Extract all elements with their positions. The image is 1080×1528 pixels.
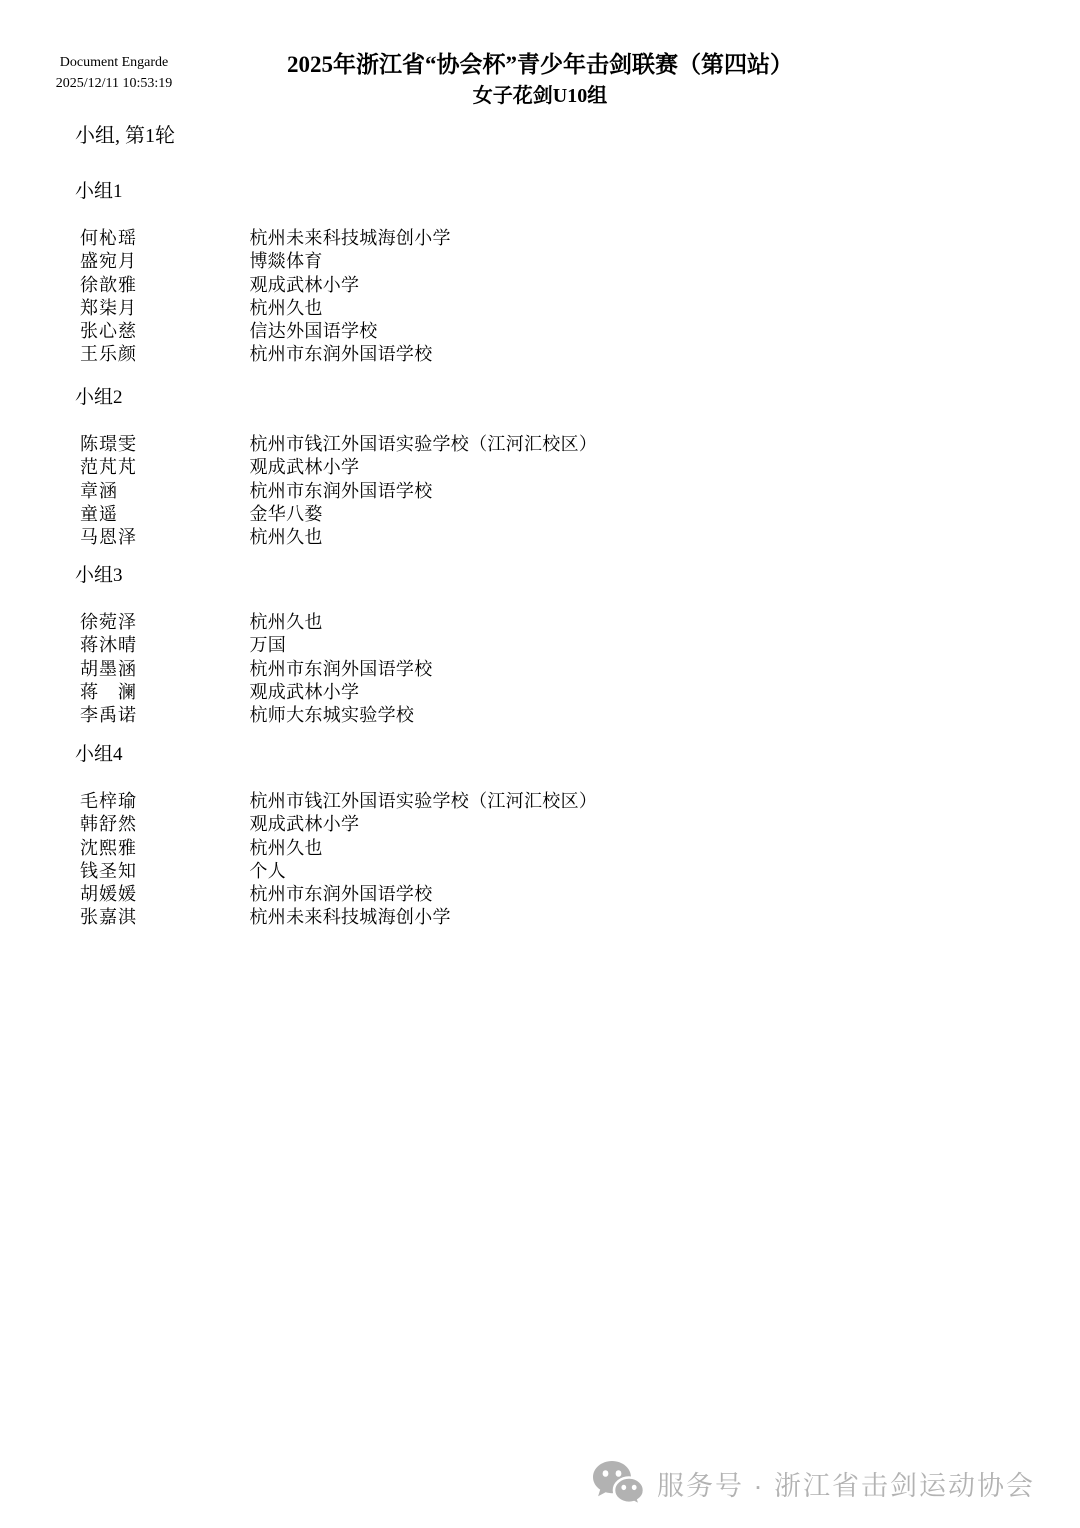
pool-entries: 陈璟雯 杭州市钱江外国语实验学校（江河汇校区） 范芃芃 观成武林小学 章涵 杭州…	[0, 433, 1080, 549]
pool-group: 小组3 徐菀泽 杭州久也 蒋沐晴 万国 胡墨涵 杭州市东润外国语学校 蒋 澜 观…	[0, 565, 1080, 727]
pool-entry-row: 钱圣知 个人	[80, 860, 1080, 883]
fencer-name: 童遥	[80, 503, 245, 526]
fencer-name: 胡墨涵	[80, 658, 245, 681]
pool-entry-row: 蒋沐晴 万国	[80, 634, 1080, 657]
club-name: 观成武林小学	[250, 274, 360, 297]
fencer-name: 张嘉淇	[80, 906, 245, 929]
club-name: 观成武林小学	[250, 456, 360, 479]
pool-entry-row: 徐歆雅 观成武林小学	[80, 274, 1080, 297]
pool-group-label: 小组4	[75, 744, 1080, 766]
fencer-name: 盛宛月	[80, 250, 245, 273]
document-title: 2025年浙江省“协会杯”青少年击剑联赛（第四站）	[0, 46, 1080, 79]
club-name: 万国	[250, 634, 287, 657]
pool-entry-row: 何杺瑶 杭州未来科技城海创小学	[80, 227, 1080, 250]
club-name: 个人	[250, 860, 287, 883]
fencer-name: 陈璟雯	[80, 433, 245, 456]
wechat-icon	[592, 1460, 644, 1506]
pool-entry-row: 陈璟雯 杭州市钱江外国语实验学校（江河汇校区）	[80, 433, 1080, 456]
club-name: 杭师大东城实验学校	[250, 704, 415, 727]
pool-entry-row: 马恩泽 杭州久也	[80, 526, 1080, 549]
fencer-name: 章涵	[80, 480, 245, 503]
pool-group-label: 小组2	[75, 387, 1080, 409]
club-name: 金华八婺	[250, 503, 323, 526]
fencer-name: 韩舒然	[80, 813, 245, 836]
pool-entry-row: 郑柒月 杭州久也	[80, 297, 1080, 320]
club-name: 杭州市东润外国语学校	[250, 480, 433, 503]
fencer-name: 沈熙雅	[80, 837, 245, 860]
club-name: 信达外国语学校	[250, 320, 378, 343]
pool-entries: 徐菀泽 杭州久也 蒋沐晴 万国 胡墨涵 杭州市东润外国语学校 蒋 澜 观成武林小…	[0, 611, 1080, 727]
fencer-name: 胡媛媛	[80, 883, 245, 906]
fencer-name: 徐菀泽	[80, 611, 245, 634]
pool-entries: 毛梓瑜 杭州市钱江外国语实验学校（江河汇校区） 韩舒然 观成武林小学 沈熙雅 杭…	[0, 790, 1080, 930]
club-name: 杭州未来科技城海创小学	[250, 227, 451, 250]
pool-entry-row: 张嘉淇 杭州未来科技城海创小学	[80, 906, 1080, 929]
club-name: 杭州市钱江外国语实验学校（江河汇校区）	[250, 790, 598, 813]
fencer-name: 何杺瑶	[80, 227, 245, 250]
club-name: 杭州市东润外国语学校	[250, 658, 433, 681]
club-name: 观成武林小学	[250, 813, 360, 836]
fencer-name: 马恩泽	[80, 526, 245, 549]
wechat-footer: 服务号 · 浙江省击剑运动协会	[592, 1459, 1035, 1507]
club-name: 杭州市东润外国语学校	[250, 883, 433, 906]
pool-entry-row: 童遥 金华八婺	[80, 503, 1080, 526]
pool-entry-row: 王乐颜 杭州市东润外国语学校	[80, 343, 1080, 366]
fencer-name: 张心慈	[80, 320, 245, 343]
pool-entry-row: 李禹诺 杭师大东城实验学校	[80, 704, 1080, 727]
club-name: 杭州市钱江外国语实验学校（江河汇校区）	[250, 433, 598, 456]
document-page: Document Engarde 2025/12/11 10:53:19 202…	[0, 0, 1080, 1528]
fencer-name: 蒋沐晴	[80, 634, 245, 657]
pool-group-label: 小组1	[75, 181, 1080, 203]
pool-entries: 何杺瑶 杭州未来科技城海创小学 盛宛月 博燚体育 徐歆雅 观成武林小学 郑柒月 …	[0, 227, 1080, 367]
fencer-name: 郑柒月	[80, 297, 245, 320]
fencer-name: 蒋 澜	[80, 681, 245, 704]
pool-entry-row: 蒋 澜 观成武林小学	[80, 681, 1080, 704]
pool-entry-row: 胡媛媛 杭州市东润外国语学校	[80, 883, 1080, 906]
pool-entry-row: 沈熙雅 杭州久也	[80, 837, 1080, 860]
club-name: 杭州久也	[250, 837, 323, 860]
fencer-name: 范芃芃	[80, 456, 245, 479]
pool-entry-row: 章涵 杭州市东润外国语学校	[80, 480, 1080, 503]
pool-entry-row: 盛宛月 博燚体育	[80, 250, 1080, 273]
pool-entry-row: 胡墨涵 杭州市东润外国语学校	[80, 658, 1080, 681]
club-name: 观成武林小学	[250, 681, 360, 704]
club-name: 杭州久也	[250, 526, 323, 549]
club-name: 杭州市东润外国语学校	[250, 343, 433, 366]
club-name: 杭州未来科技城海创小学	[250, 906, 451, 929]
pool-group: 小组2 陈璟雯 杭州市钱江外国语实验学校（江河汇校区） 范芃芃 观成武林小学 章…	[0, 387, 1080, 549]
fencer-name: 徐歆雅	[80, 274, 245, 297]
pool-entry-row: 毛梓瑜 杭州市钱江外国语实验学校（江河汇校区）	[80, 790, 1080, 813]
document-subtitle: 女子花剑U10组	[0, 79, 1080, 108]
club-name: 杭州久也	[250, 611, 323, 634]
pool-group: 小组1 何杺瑶 杭州未来科技城海创小学 盛宛月 博燚体育 徐歆雅 观成武林小学 …	[0, 181, 1080, 367]
pool-entry-row: 范芃芃 观成武林小学	[80, 456, 1080, 479]
club-name: 博燚体育	[250, 250, 323, 273]
club-name: 杭州久也	[250, 297, 323, 320]
pool-group-label: 小组3	[75, 565, 1080, 587]
pool-entry-row: 徐菀泽 杭州久也	[80, 611, 1080, 634]
pool-entry-row: 张心慈 信达外国语学校	[80, 320, 1080, 343]
fencer-name: 毛梓瑜	[80, 790, 245, 813]
wechat-account-label: 服务号 · 浙江省击剑运动协会	[657, 1464, 1035, 1503]
section-heading: 小组, 第1轮	[75, 119, 175, 148]
pool-entry-row: 韩舒然 观成武林小学	[80, 813, 1080, 836]
fencer-name: 李禹诺	[80, 704, 245, 727]
fencer-name: 王乐颜	[80, 343, 245, 366]
fencer-name: 钱圣知	[80, 860, 245, 883]
pool-group: 小组4 毛梓瑜 杭州市钱江外国语实验学校（江河汇校区） 韩舒然 观成武林小学 沈…	[0, 744, 1080, 930]
